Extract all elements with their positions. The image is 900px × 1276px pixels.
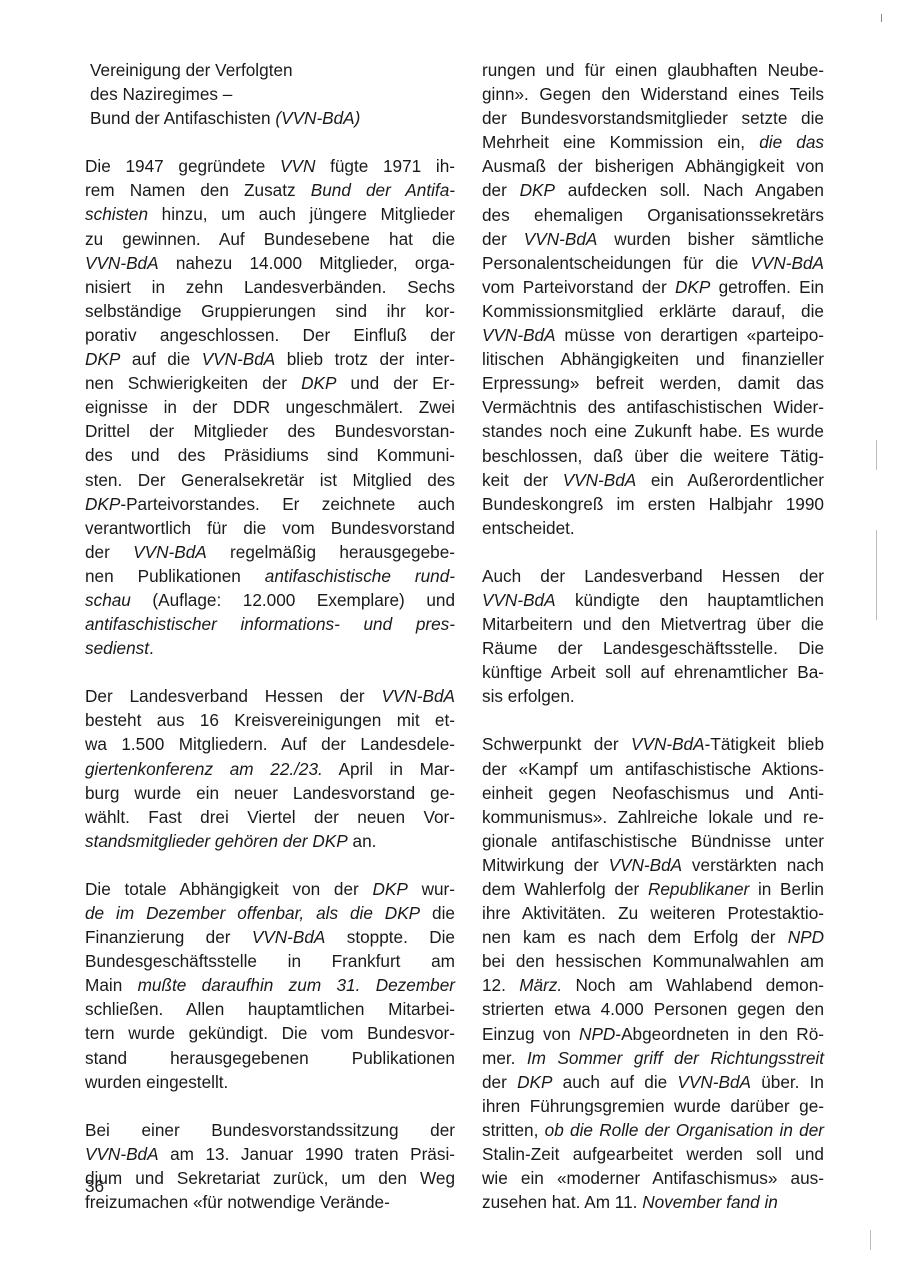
left-column: Vereinigung der Verfolgten des Naziregim… (85, 58, 455, 1214)
text-line: ihren Führungsgremien wurde darüber ge- (482, 1094, 824, 1118)
text-line: Erpressung» befreit werden, damit das (482, 371, 824, 395)
text-line: de im Dezember offenbar, als die DKP die (85, 901, 455, 925)
text-line: DKP auf die VVN-BdA blieb trotz der inte… (85, 347, 455, 371)
text-line: standsmitglieder gehören der DKP an. (85, 829, 455, 853)
text-line: der Bundesvorstandsmitglieder setzte die (482, 106, 824, 130)
text-line: des und des Präsidiums sind Kommuni- (85, 443, 455, 467)
text-line: ihre Aktivitäten. Zu weiteren Protestakt… (482, 901, 824, 925)
text-line: VVN-BdA am 13. Januar 1990 traten Präsi- (85, 1142, 455, 1166)
text-line: mer. Im Sommer griff der Richtungsstreit (482, 1046, 824, 1070)
text-line: zusehen hat. Am 11. November fand in (482, 1190, 824, 1214)
text-line: gionale antifaschistische Bündnisse unte… (482, 829, 824, 853)
text-line: stritten, ob die Rolle der Organisation … (482, 1118, 824, 1142)
scan-mark (876, 440, 877, 470)
text-line: Finanzierung der VVN-BdA stoppte. Die (85, 925, 455, 949)
text-line: Die totale Abhängigkeit von der DKP wur- (85, 877, 455, 901)
text-line: porativ angeschlossen. Der Einfluß der (85, 323, 455, 347)
text-line: nen Schwierigkeiten der DKP und der Er- (85, 371, 455, 395)
text-line: DKP-Parteivorstandes. Er zeichnete auch (85, 492, 455, 516)
text-line: sis erfolgen. (482, 684, 824, 708)
text-line: rungen und für einen glaubhaften Neube- (482, 58, 824, 82)
text-line: 12. März. Noch am Wahlabend demon- (482, 973, 824, 997)
text-line: Schwerpunkt der VVN-BdA-Tätigkeit blieb (482, 732, 824, 756)
text-line: Mitarbeitern und den Mietvertrag über di… (482, 612, 824, 636)
paragraph: Bei einer Bundesvorstandssitzung derVVN-… (85, 1118, 455, 1214)
text-line: Vermächtnis des antifaschistischen Wider… (482, 395, 824, 419)
text-line: dium und Sekretariat zurück, um den Weg (85, 1166, 455, 1190)
text-line: der DKP aufdecken soll. Nach Angaben (482, 178, 824, 202)
text-line: entscheidet. (482, 516, 824, 540)
text-line: selbständige Gruppierungen sind ihr kor- (85, 299, 455, 323)
text-line: des ehemaligen Organisationssekretärs (482, 203, 824, 227)
text-line: keit der VVN-BdA ein Außerordentlicher (482, 468, 824, 492)
right-column: rungen und für einen glaubhaften Neube-g… (482, 58, 824, 1214)
text-line: künftige Arbeit soll auf ehrenamtlicher … (482, 660, 824, 684)
text-line: kommunismus». Zahlreiche lokale und re- (482, 805, 824, 829)
scan-mark (881, 14, 882, 22)
paragraph: Die totale Abhängigkeit von der DKP wur-… (85, 877, 455, 1094)
text-line: der DKP auch auf die VVN-BdA über. In (482, 1070, 824, 1094)
text-line: Mitwirkung der VVN-BdA verstärkten nach (482, 853, 824, 877)
text-line: stand herausgegebenen Publikationen (85, 1046, 455, 1070)
text-line: Die 1947 gegründete VVN fügte 1971 ih- (85, 154, 455, 178)
heading-abbreviation: (VVN-BdA) (275, 108, 360, 128)
text-line: ginn». Gegen den Widerstand eines Teils (482, 82, 824, 106)
text-line: Bundeskongreß im ersten Halbjahr 1990 (482, 492, 824, 516)
text-line: Bundesgeschäftsstelle in Frankfurt am (85, 949, 455, 973)
text-line: besteht aus 16 Kreisvereinigungen mit et… (85, 708, 455, 732)
text-line: schisten hinzu, um auch jüngere Mitglied… (85, 202, 455, 226)
text-line: VVN-BdA nahezu 14.000 Mitglieder, orga- (85, 251, 455, 275)
text-line: sedienst. (85, 636, 455, 660)
text-line: nisiert in zehn Landesverbänden. Sechs (85, 275, 455, 299)
text-line: burg wurde ein neuer Landesvorstand ge- (85, 781, 455, 805)
text-line: Ausmaß der bisherigen Abhängigkeit von (482, 154, 824, 178)
text-line: rem Namen den Zusatz Bund der Antifa- (85, 178, 455, 202)
scan-mark (876, 530, 877, 620)
paragraph: Schwerpunkt der VVN-BdA-Tätigkeit bliebd… (482, 732, 824, 1214)
text-line: beschlossen, daß über die weitere Tätig- (482, 444, 824, 468)
text-line: wurden eingestellt. (85, 1070, 455, 1094)
text-line: Personalentscheidungen für die VVN-BdA (482, 251, 824, 275)
text-line: nen Publikationen antifaschistische rund… (85, 564, 455, 588)
text-line: Stalin-Zeit aufgearbeitet werden soll un… (482, 1142, 824, 1166)
text-line: zu gewinnen. Auf Bundesebene hat die (85, 227, 455, 251)
text-line: tern wurde gekündigt. Die vom Bundesvor- (85, 1021, 455, 1045)
text-line: wie ein «moderner Antifaschismus» aus- (482, 1166, 824, 1190)
paragraph: Der Landesverband Hessen der VVN-BdAbest… (85, 684, 455, 853)
heading-line: Vereinigung der Verfolgten (90, 58, 455, 82)
text-line: Räume der Landesgeschäftsstelle. Die (482, 636, 824, 660)
text-line: schließen. Allen hauptamtlichen Mitarbei… (85, 997, 455, 1021)
text-line: der «Kampf um antifaschistische Aktions- (482, 757, 824, 781)
text-line: wa 1.500 Mitgliedern. Auf der Landesdele… (85, 732, 455, 756)
page-number: 36 (85, 1176, 104, 1197)
text-line: sten. Der Generalsekretär ist Mitglied d… (85, 468, 455, 492)
text-line: giertenkonferenz am 22./23. April in Mar… (85, 757, 455, 781)
text-line: Der Landesverband Hessen der VVN-BdA (85, 684, 455, 708)
text-line: vom Parteivorstand der DKP getroffen. Ei… (482, 275, 824, 299)
section-heading: Vereinigung der Verfolgten des Naziregim… (90, 58, 455, 130)
text-line: eignisse in der DDR ungeschmälert. Zwei (85, 395, 455, 419)
text-line: der VVN-BdA wurden bisher sämtliche (482, 227, 824, 251)
text-line: VVN-BdA kündigte den hauptamtlichen (482, 588, 824, 612)
heading-line: des Naziregimes – (90, 82, 455, 106)
heading-line: Bund der Antifaschisten (VVN-BdA) (90, 106, 455, 130)
text-line: nen kam es nach dem Erfolg der NPD (482, 925, 824, 949)
scan-mark (870, 1230, 871, 1250)
text-line: strierten etwa 4.000 Personen gegen den (482, 997, 824, 1021)
text-line: litischen Abhängigkeiten und finanzielle… (482, 347, 824, 371)
text-line: Kommissionsmitglied erklärte darauf, die (482, 299, 824, 323)
text-line: Drittel der Mitglieder des Bundesvorstan… (85, 419, 455, 443)
text-line: der VVN-BdA regelmäßig herausgegebe- (85, 540, 455, 564)
text-line: Bei einer Bundesvorstandssitzung der (85, 1118, 455, 1142)
text-line: freizumachen «für notwendige Verände- (85, 1190, 455, 1214)
text-line: Einzug von NPD-Abgeordneten in den Rö- (482, 1022, 824, 1046)
text-line: verantwortlich für die vom Bundesvorstan… (85, 516, 455, 540)
text-line: bei den hessischen Kommunalwahlen am (482, 949, 824, 973)
text-line: VVN-BdA müsse von derartigen «parteipo- (482, 323, 824, 347)
text-line: antifaschistischer informations- und pre… (85, 612, 455, 636)
paragraph: Die 1947 gegründete VVN fügte 1971 ih-re… (85, 154, 455, 660)
text-line: Mehrheit eine Kommission ein, die das (482, 130, 824, 154)
text-line: einheit gegen Neofaschismus und Anti- (482, 781, 824, 805)
text-line: dem Wahlerfolg der Republikaner in Berli… (482, 877, 824, 901)
text-line: wählt. Fast drei Viertel der neuen Vor- (85, 805, 455, 829)
text-line: standes noch eine Zukunft habe. Es wurde (482, 419, 824, 443)
text-line: Auch der Landesverband Hessen der (482, 564, 824, 588)
text-line: schau (Auflage: 12.000 Exemplare) und (85, 588, 455, 612)
paragraph: Auch der Landesverband Hessen derVVN-BdA… (482, 564, 824, 709)
text-line: Main mußte daraufhin zum 31. Dezember (85, 973, 455, 997)
paragraph: rungen und für einen glaubhaften Neube-g… (482, 58, 824, 540)
